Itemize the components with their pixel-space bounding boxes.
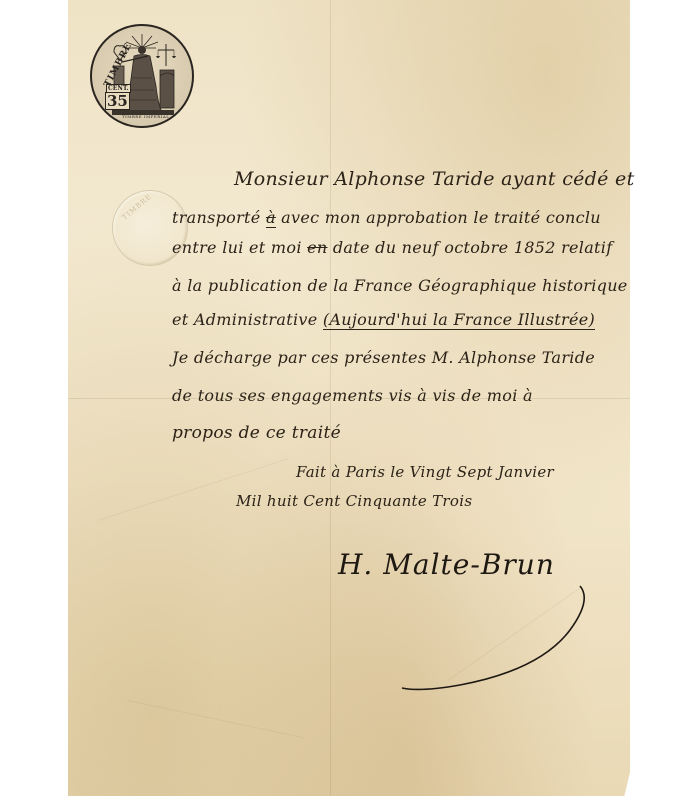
closing-year: Mil huit Cent Cinquante Trois — [236, 492, 472, 510]
struck-word: à — [266, 208, 276, 228]
body-line-2-pre: transporté — [172, 208, 266, 227]
closing-place-date: Fait à Paris le Vingt Sept Janvier — [296, 463, 554, 481]
body-line-2: transporté à avec mon approbation le tra… — [172, 208, 601, 227]
body-line-5-pre: et Administrative — [172, 310, 323, 329]
paper-crease — [128, 700, 304, 738]
body-line-6: Je décharge par ces présentes M. Alphons… — [172, 348, 595, 367]
body-line-3-pre: entre lui et moi — [172, 238, 307, 257]
signature: H. Malte-Brun — [338, 548, 555, 581]
struck-word: en — [307, 238, 327, 257]
signature-flourish-icon — [400, 580, 600, 700]
body-line-7: de tous ses engagements vis à vis de moi… — [172, 386, 533, 405]
tax-stamp: TIMBRE CENT. 35 TIMBRE IMPERIAL — [90, 24, 194, 128]
body-line-3-post: date du neuf octobre 1852 relatif — [328, 238, 613, 257]
body-line-8: propos de ce traité — [172, 423, 341, 443]
body-line-4: à la publication de la France Géographiq… — [172, 276, 628, 295]
stamp-footer: TIMBRE IMPERIAL — [122, 114, 169, 119]
body-line-1: Monsieur Alphonse Taride ayant cédé et — [234, 168, 635, 190]
body-line-3: entre lui et moi en date du neuf octobre… — [172, 238, 612, 257]
paper-crease — [98, 458, 289, 521]
stamp-value: 35 — [105, 92, 130, 110]
body-line-2-post: avec mon approbation le traité conclu — [276, 208, 601, 227]
parenthetical-note: (Aujourd'hui la France Illustrée) — [323, 310, 595, 330]
body-line-5: et Administrative (Aujourd'hui la France… — [172, 310, 595, 329]
